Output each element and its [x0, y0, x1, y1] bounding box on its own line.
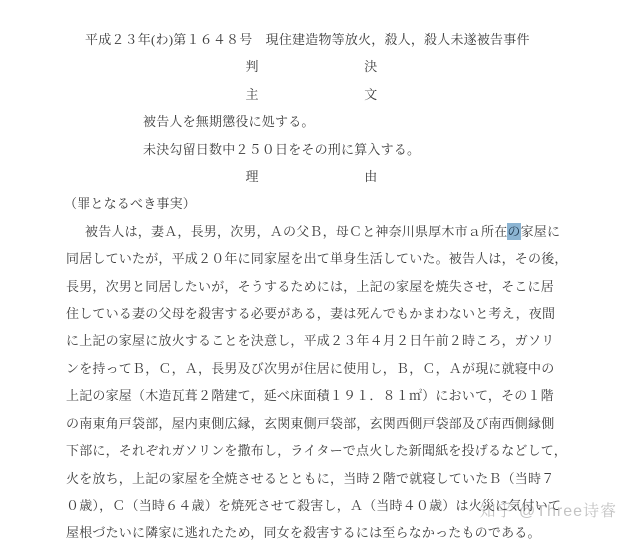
heading-main-text: 主 文: [0, 81, 623, 108]
facts-line-2: 同居していたが，平成２０年に同家屋を出て単身生活していた。被告人は，その後，: [66, 245, 623, 272]
facts-line-1-pre: 被告人は，妻Ａ，長男，次男，Ａの父Ｂ，母Ｃと神奈川県厚木市ａ所在: [85, 224, 507, 239]
facts-line-7: 上記の家屋（木造瓦葺２階建て，延べ床面積１９１．８１㎡）において，その１階: [66, 382, 623, 409]
facts-line-10: 火を放ち，上記の家屋を全焼させるとともに，当時２階で就寝していたＢ（当時７: [66, 465, 623, 492]
facts-line-9: 下部に，それぞれガソリンを撒布し，ライターで点火した新聞紙を投げるなどして，: [66, 437, 623, 464]
heading-judgment: 判 決: [0, 53, 623, 80]
judgment-document-page: 平成２３年(わ)第１６４８号 現住建造物等放火，殺人，殺人未遂被告事件 判 決 …: [0, 0, 623, 544]
facts-line-4: 住している妻の父母を殺害する必要がある，妻は死んでもかまわないと考え，夜間: [66, 300, 623, 327]
facts-line-3: 長男，次男と同居したいが，そうするためには，上記の家屋を焼失させ，そこに居: [66, 273, 623, 300]
facts-line-1-post: 家屋に: [521, 224, 561, 239]
disposition-line-sentence: 被告人を無期懲役に処する。: [143, 108, 623, 135]
facts-line-6: ンを持ってＢ，Ｃ，Ａ，長男及び次男が住居に使用し，Ｂ，Ｃ，Ａが現に就寝中の: [66, 355, 623, 382]
highlighted-character: の: [507, 223, 520, 240]
facts-line-1: 被告人は，妻Ａ，長男，次男，Ａの父Ｂ，母Ｃと神奈川県厚木市ａ所在の家屋に: [85, 218, 623, 245]
case-number-line: 平成２３年(わ)第１６４８号 現住建造物等放火，殺人，殺人未遂被告事件: [85, 26, 623, 53]
section-label-facts: （罪となるべき事実）: [64, 190, 623, 217]
facts-line-5: に上記の家屋に放火することを決意し，平成２３年４月２日午前２時ころ，ガソリ: [66, 327, 623, 354]
facts-line-11: ０歳），Ｃ（当時６４歳）を焼死させて殺害し，Ａ（当時４０歳）は火災に気付いて: [66, 492, 623, 519]
heading-reasons: 理 由: [0, 163, 623, 190]
facts-line-8: の南東角戸袋部，屋内東側広縁，玄関東側戸袋部，玄関西側戸袋部及び南西側縁側: [66, 410, 623, 437]
judgment-document-body: 平成２３年(わ)第１６４８号 現住建造物等放火，殺人，殺人未遂被告事件 判 決 …: [0, 0, 623, 544]
disposition-line-detention-credit: 未決勾留日数中２５０日をその刑に算入する。: [143, 136, 623, 163]
facts-line-12: 屋根づたいに隣家に逃れたため，同女を殺害するには至らなかったものである。: [66, 519, 623, 544]
